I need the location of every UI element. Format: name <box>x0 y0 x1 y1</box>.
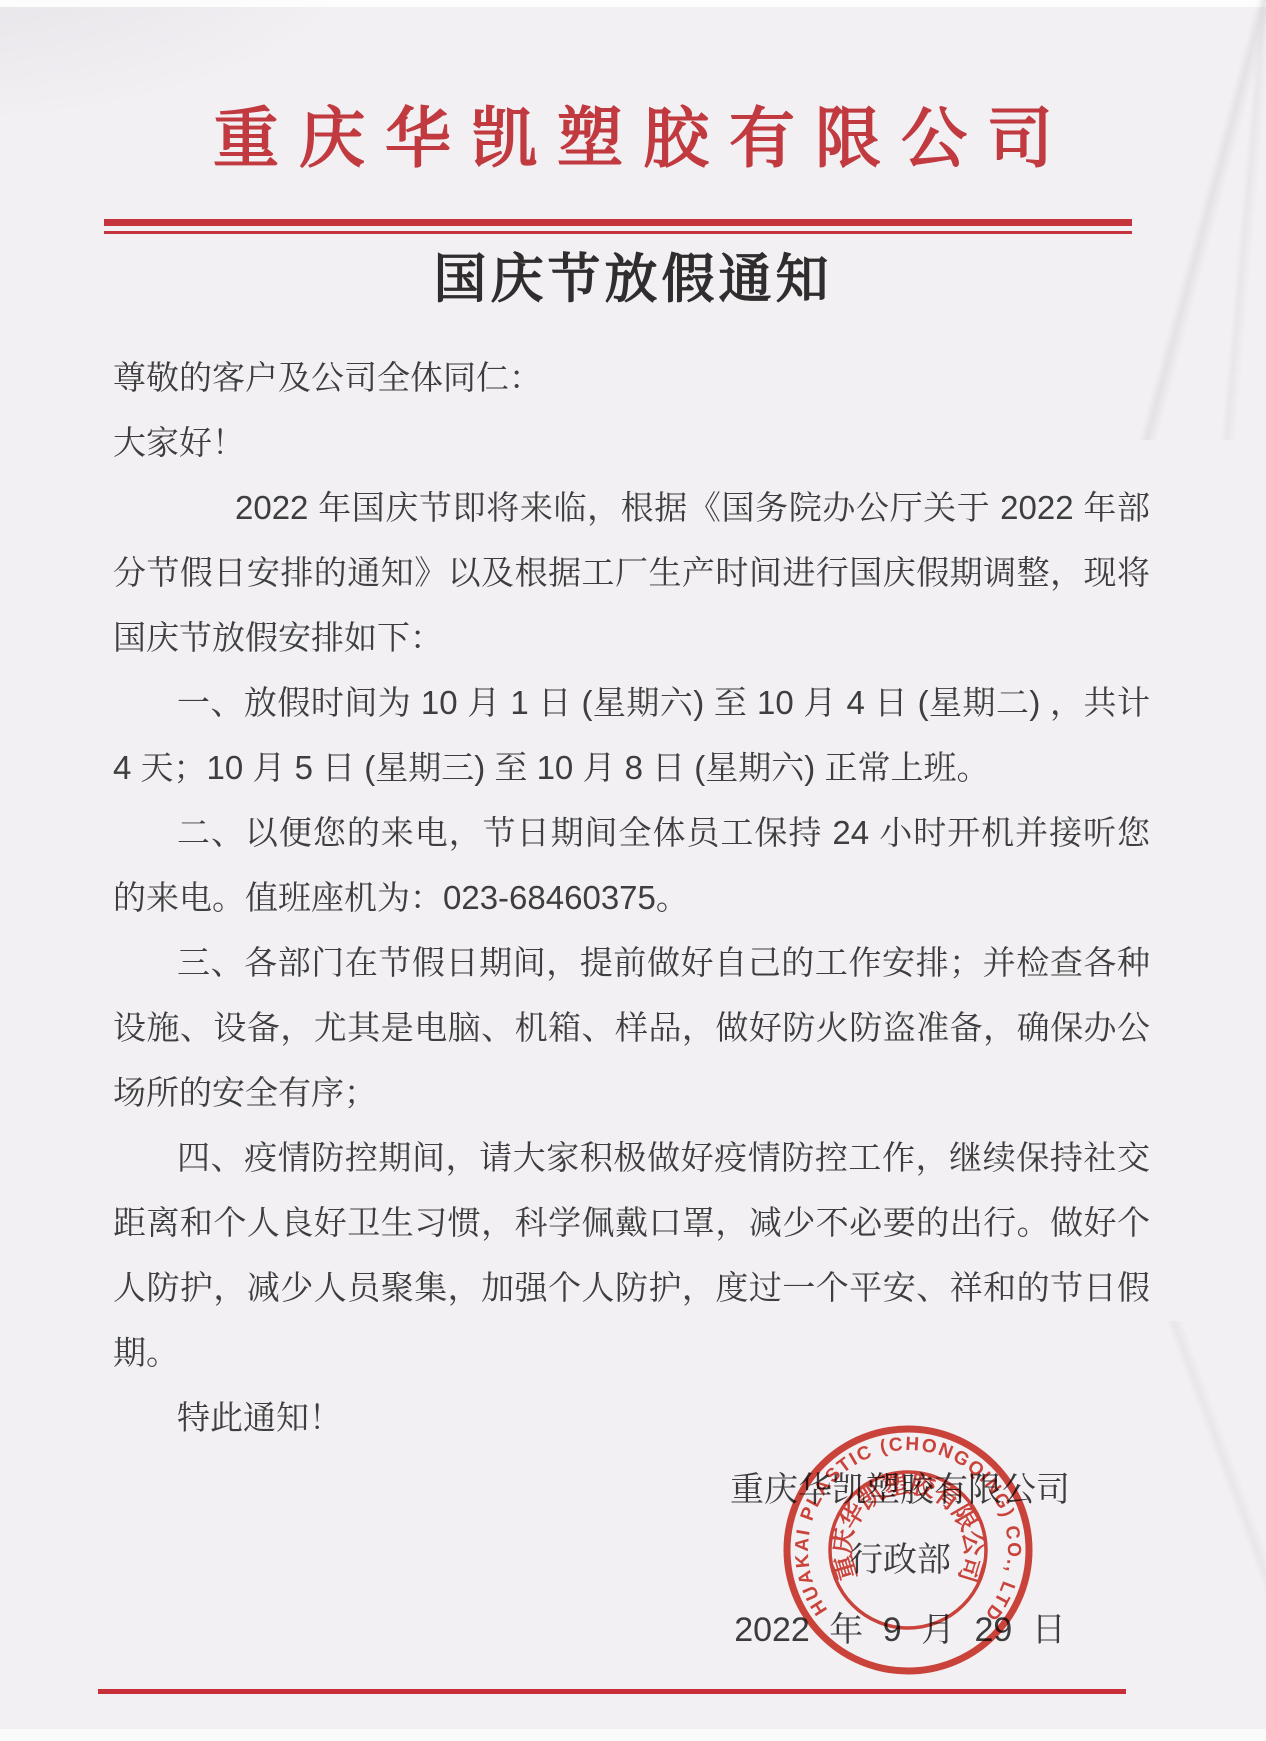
stamp-inner-text: 重庆华凯塑胶有限公司 <box>827 1469 988 1585</box>
company-seal-stamp: HUAKAI PLASTIC (CHONGQING) CO., LTD. 重庆华… <box>776 1418 1040 1682</box>
scan-crease-top-right <box>1106 0 1266 440</box>
scan-edge-top <box>0 0 1266 7</box>
letterhead-company-title: 重庆华凯塑胶有限公司 <box>0 0 1266 175</box>
salutation-line: 尊敬的客户及公司全体同仁： <box>113 345 1150 410</box>
scan-crease-bottom-right <box>1146 1321 1266 1681</box>
greeting-line: 大家好！ <box>113 410 1150 475</box>
paragraph-item-3: 三、各部门在节假日期间，提前做好自己的工作安排；并检查各种设施、设备，尤其是电脑… <box>113 930 1150 1125</box>
document-title: 国庆节放假通知 <box>0 250 1266 311</box>
footer-rule <box>98 1689 1126 1694</box>
notice-body: 尊敬的客户及公司全体同仁： 大家好！ 2022 年国庆节即将来临，根据《国务院办… <box>113 345 1150 1450</box>
letterhead-double-rule <box>104 219 1132 234</box>
stamp-outer-text: HUAKAI PLASTIC (CHONGQING) CO., LTD. <box>776 1418 1024 1626</box>
paragraph-item-2: 二、以便您的来电，节日期间全体员工保持 24 小时开机并接听您的来电。值班座机为… <box>113 800 1150 930</box>
paragraph-intro: 2022 年国庆节即将来临，根据《国务院办公厅关于 2022 年部分节假日安排的… <box>113 475 1150 670</box>
stamp-outer-ring <box>787 1429 1029 1671</box>
scan-edge-bottom <box>0 1729 1266 1741</box>
paragraph-item-1: 一、放假时间为 10 月 1 日 (星期六) 至 10 月 4 日 (星期二) … <box>113 670 1150 800</box>
scanned-document-page: 重庆华凯塑胶有限公司 国庆节放假通知 尊敬的客户及公司全体同仁： 大家好！ 20… <box>0 0 1266 1741</box>
paragraph-item-4: 四、疫情防控期间，请大家积极做好疫情防控工作，继续保持社交距离和个人良好卫生习惯… <box>113 1125 1150 1385</box>
